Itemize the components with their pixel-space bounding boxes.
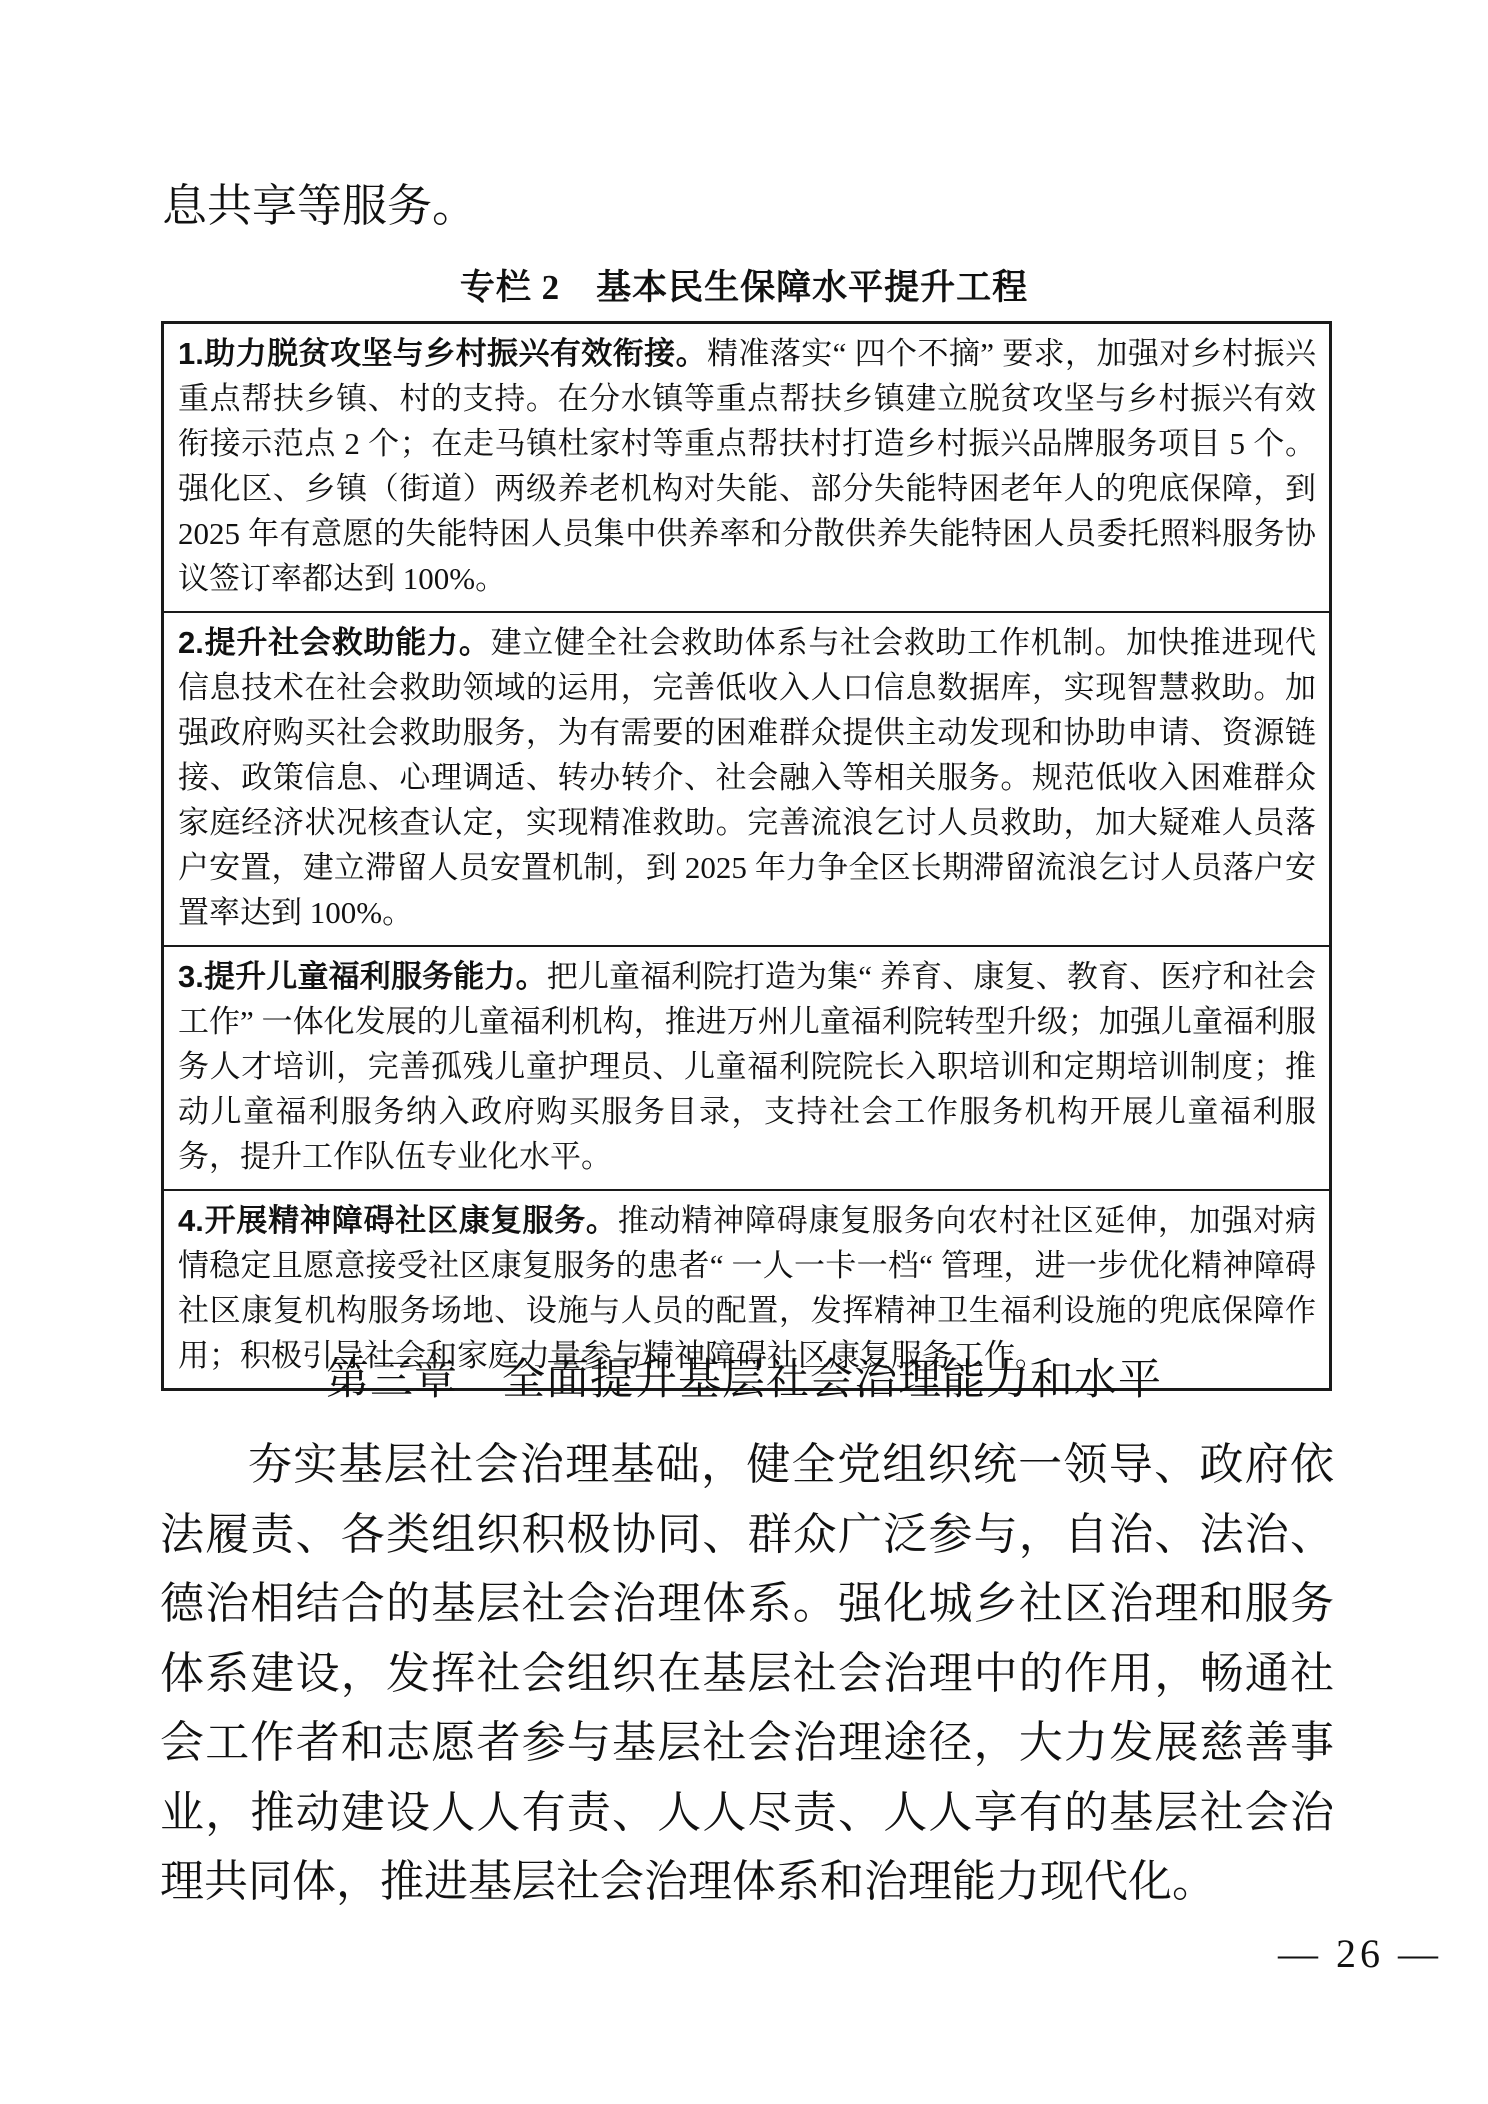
intro-line: 息共享等服务。	[162, 176, 477, 236]
feature-box: 1.助力脱贫攻坚与乡村振兴有效衔接。精准落实“ 四个不摘” 要求，加强对乡村振兴…	[161, 321, 1332, 1391]
section-3-lead: 3.提升儿童福利服务能力。	[178, 959, 547, 994]
box-section-1: 1.助力脱贫攻坚与乡村振兴有效衔接。精准落实“ 四个不摘” 要求，加强对乡村振兴…	[164, 324, 1329, 611]
chapter-paragraph: 夯实基层社会治理基础，健全党组织统一领导、政府依法履责、各类组织积极协同、群众广…	[160, 1430, 1334, 1917]
section-1-body: 精准落实“ 四个不摘” 要求，加强对乡村振兴重点帮扶乡镇、村的支持。在分水镇等重…	[178, 336, 1316, 596]
section-1-lead: 1.助力脱贫攻坚与乡村振兴有效衔接。	[178, 336, 707, 371]
chapter-heading: 第三章 全面提升基层社会治理能力和水平	[0, 1346, 1488, 1407]
page-number: — 26 —	[1278, 1930, 1442, 1977]
box-section-2: 2.提升社会救助能力。建立健全社会救助体系与社会救助工作机制。加快推进现代信息技…	[164, 611, 1329, 945]
section-4-lead: 4.开展精神障碍社区康复服务。	[178, 1203, 618, 1238]
section-2-lead: 2.提升社会救助能力。	[178, 625, 491, 660]
box-section-3: 3.提升儿童福利服务能力。把儿童福利院打造为集“ 养育、康复、教育、医疗和社会工…	[164, 945, 1329, 1189]
document-page: 息共享等服务。 专栏 2 基本民生保障水平提升工程 1.助力脱贫攻坚与乡村振兴有…	[0, 0, 1488, 2104]
section-2-body: 建立健全社会救助体系与社会救助工作机制。加快推进现代信息技术在社会救助领域的运用…	[178, 625, 1316, 930]
feature-box-title: 专栏 2 基本民生保障水平提升工程	[0, 260, 1488, 310]
